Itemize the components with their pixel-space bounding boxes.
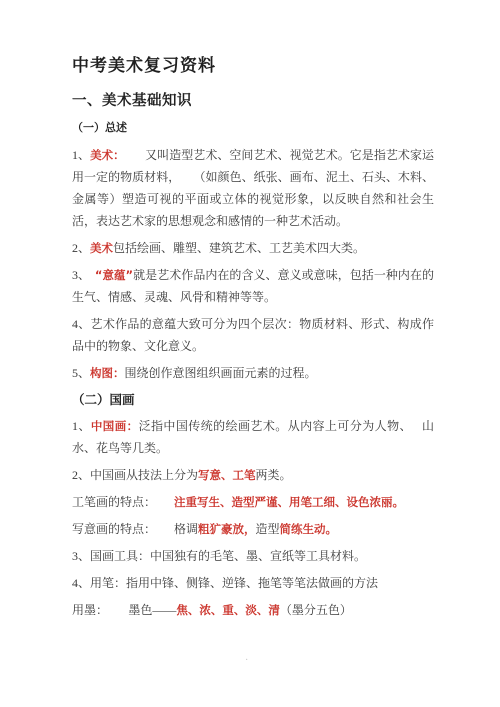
text-run: 造型 — [256, 522, 280, 536]
paragraph-yongbi: 4、用笔：指用中锋、侧锋、逆锋、拖笔等笔法做画的方法 — [72, 572, 434, 594]
text-run: 2、 — [72, 241, 90, 255]
text-run: 墨色—— — [128, 603, 176, 617]
document-page: 中考美术复习资料 一、美术基础知识（一）总述1、美术：又叫造型艺术、空间艺术、视… — [0, 0, 500, 707]
highlighted-text-run: 简练生动。 — [280, 522, 338, 536]
text-run: 2、中国画从技法上分为 — [72, 468, 198, 482]
highlighted-text-run: 注重写生、造型严谨、用笔工细、设色浓丽。 — [174, 495, 404, 509]
text-run: 5、 — [72, 366, 90, 380]
text-run: 4、用笔：指用中锋、侧锋、逆锋、拖笔等笔法做画的方法 — [72, 576, 378, 590]
text-run: 包括绘画、雕塑、建筑艺术、工艺美术四大类。 — [113, 241, 365, 255]
text-gap — [156, 532, 174, 533]
highlighted-text-run: 美术： — [90, 148, 125, 162]
text-gap — [108, 613, 128, 614]
paragraph-3-yiyun: 3、“意蕴”就是艺术作品内在的含义、意义或意味，包括一种内在的生气、情感、灵魂、… — [72, 264, 434, 308]
highlighted-text-run: 构图： — [90, 366, 125, 380]
highlighted-text-run: 中国画： — [91, 419, 139, 433]
highlighted-text-run: 粗犷豪放， — [198, 522, 256, 536]
highlighted-text-run: 美术 — [90, 241, 113, 255]
text-run: （一）总述 — [72, 121, 127, 134]
subsection-heading-overview: （一）总述 — [72, 121, 434, 135]
highlighted-text-run: 焦、浓、重、淡、清 — [176, 603, 280, 617]
paragraph-yongmo: 用墨：墨色——焦、浓、重、淡、清（墨分五色） — [72, 599, 434, 621]
text-run: 1、 — [72, 148, 90, 162]
text-run: 用墨： — [72, 603, 108, 617]
highlighted-text-run: “意蕴” — [95, 268, 133, 282]
paragraph-2-meishu-categories: 2、美术包括绘画、雕塑、建筑艺术、工艺美术四大类。 — [72, 237, 434, 259]
text-run: 围绕创作意图组织画面元素的过程。 — [125, 366, 317, 380]
paragraph-guohua-2: 2、中国画从技法上分为写意、工笔两类。 — [72, 464, 434, 486]
text-run: 泛指中国传统的绘画艺术。从内容上可分为人物、 — [139, 419, 412, 433]
paragraph-5-goutu: 5、构图：围绕创作意图组织画面元素的过程。 — [72, 362, 434, 384]
subsection-heading-guohua: （二）国画 — [72, 389, 434, 411]
highlighted-text-run: 写意、工笔 — [198, 468, 256, 482]
text-run: 两类。 — [256, 468, 292, 482]
text-run: 4、艺术作品的意蕴大致可分为四个层次：物质材料、形式、构成作品中的物象、文化意义… — [72, 317, 434, 353]
text-run: （墨分五色） — [280, 603, 352, 617]
paragraph-1-meishu-definition: 1、美术：又叫造型艺术、空间艺术、视觉艺术。它是指艺术家运用一定的物质材料，（如… — [72, 144, 434, 232]
document-content: 一、美术基础知识（一）总述1、美术：又叫造型艺术、空间艺术、视觉艺术。它是指艺术… — [72, 92, 434, 621]
paragraph-gongbi-features: 工笔画的特点：注重写生、造型严谨、用笔工细、设色浓丽。 — [72, 491, 434, 513]
document-title: 中考美术复习资料 — [72, 55, 434, 77]
text-gap — [156, 505, 174, 506]
text-run: 工笔画的特点： — [72, 495, 156, 509]
paragraph-guohua-1: 1、中国画：泛指中国传统的绘画艺术。从内容上可分为人物、山水、花鸟等几类。 — [72, 415, 434, 459]
paragraph-guohua-tools: 3、国画工具：中国独有的毛笔、墨、宣纸等工具材料。 — [72, 545, 434, 567]
footer-mark: · — [245, 655, 248, 666]
text-run: 格调 — [174, 522, 198, 536]
paragraph-4-yiyun-levels: 4、艺术作品的意蕴大致可分为四个层次：物质材料、形式、构成作品中的物象、文化意义… — [72, 313, 434, 357]
text-run: 1、 — [72, 419, 91, 433]
text-run: 3、国画工具：中国独有的毛笔、墨、宣纸等工具材料。 — [72, 549, 366, 563]
text-run: 写意画的特点： — [72, 522, 156, 536]
paragraph-xieyi-features: 写意画的特点：格调粗犷豪放，造型简练生动。 — [72, 518, 434, 540]
text-gap — [180, 180, 193, 181]
section-heading-1: 一、美术基础知识 — [72, 92, 434, 110]
text-run: （二）国画 — [72, 392, 135, 407]
text-run: 3、 — [72, 268, 90, 282]
text-gap — [412, 429, 422, 430]
text-run: 一、美术基础知识 — [72, 93, 192, 109]
text-gap — [125, 158, 145, 159]
